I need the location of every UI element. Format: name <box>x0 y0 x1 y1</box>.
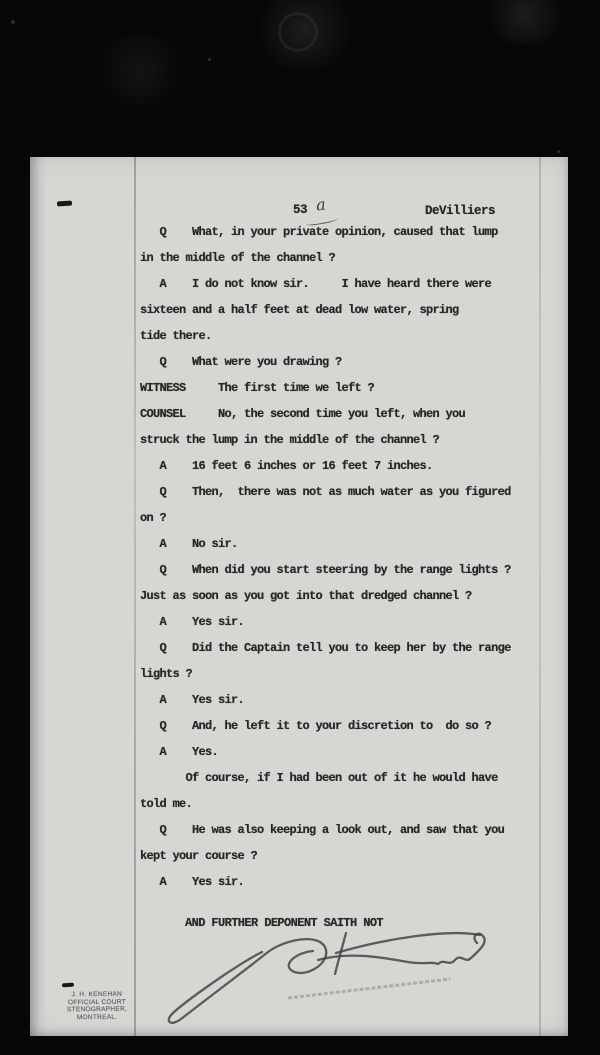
signature-drawing <box>150 922 490 1027</box>
transcript-line: A Yes sir. <box>30 687 568 713</box>
transcript-line: Q He was also keeping a look out, and sa… <box>30 817 568 843</box>
transcript-line: sixteen and a half feet at dead low wate… <box>30 297 568 323</box>
transcript-line: struck the lump in the middle of the cha… <box>30 427 568 453</box>
transcript-line: lights ? <box>30 661 568 687</box>
transcript-line: tide there. <box>30 323 568 349</box>
film-dot-artifact <box>557 150 560 153</box>
transcript-line: A 16 feet 6 inches or 16 feet 7 inches. <box>30 453 568 479</box>
transcript-line: Q Then, there was not as much water as y… <box>30 479 568 505</box>
stamp-city: MONTREAL. <box>38 1013 156 1022</box>
transcript-line: on ? <box>30 505 568 531</box>
transcript-line: Just as soon as you got into that dredge… <box>30 583 568 609</box>
scanned-microfilm-frame: { "colors": { "background": "#070707", "… <box>0 0 600 1055</box>
transcript-line: in the middle of the channel ? <box>30 245 568 271</box>
transcript-line: Q When did you start steering by the ran… <box>30 557 568 583</box>
transcript-line: A No sir. <box>30 531 568 557</box>
document-page: 53 a DeVilliers Q What, in your private … <box>30 157 568 1036</box>
film-blotch <box>480 0 570 45</box>
handwritten-page-annotation: a <box>315 195 326 215</box>
film-ring-artifact <box>278 12 318 52</box>
stamp-title: OFFICIAL COURT STENOGRAPHER, <box>38 998 156 1014</box>
transcript-line: Q And, he left it to your discretion to … <box>30 713 568 739</box>
witness-name: DeVilliers <box>425 204 495 218</box>
ink-dash-artifact <box>62 983 74 988</box>
transcript-line: kept your course ? <box>30 843 568 869</box>
deponent-signature <box>150 922 490 1032</box>
transcript-line: Q Did the Captain tell you to keep her b… <box>30 635 568 661</box>
film-blotch <box>90 35 190 105</box>
transcript-line: told me. <box>30 791 568 817</box>
transcript-line: Q What, in your private opinion, caused … <box>30 219 568 245</box>
transcript-line: A Yes. <box>30 739 568 765</box>
stenographer-stamp: J. H. KENEHAN OFFICIAL COURT STENOGRAPHE… <box>38 990 156 1022</box>
transcript-line: A I do not know sir. I have heard there … <box>30 271 568 297</box>
transcript-line: A Yes sir. <box>30 609 568 635</box>
transcript-line: Of course, if I had been out of it he wo… <box>30 765 568 791</box>
transcript-body: Q What, in your private opinion, caused … <box>30 219 568 895</box>
page-number: 53 <box>293 203 307 217</box>
transcript-line: Q What were you drawing ? <box>30 349 568 375</box>
transcript-line: WITNESS The first time we left ? <box>30 375 568 401</box>
film-dot-artifact <box>11 20 15 24</box>
film-dot-artifact <box>208 58 211 61</box>
transcript-line: COUNSEL No, the second time you left, wh… <box>30 401 568 427</box>
transcript-line: A Yes sir. <box>30 869 568 895</box>
